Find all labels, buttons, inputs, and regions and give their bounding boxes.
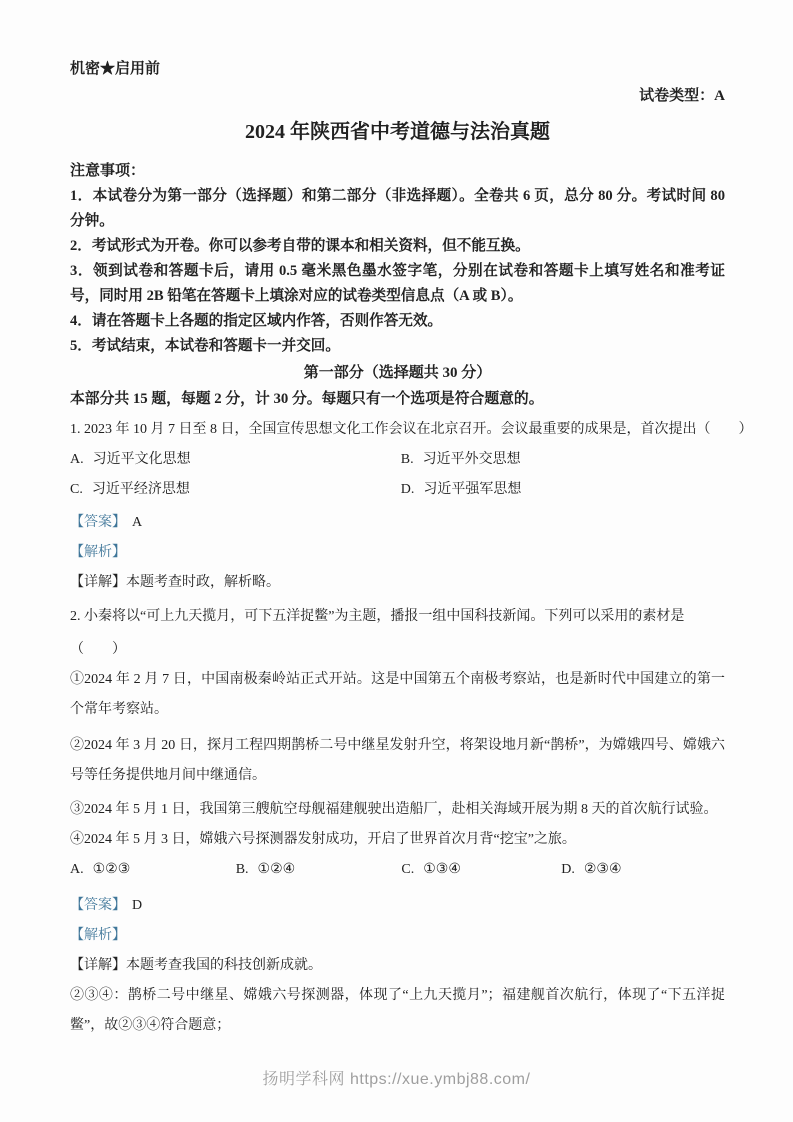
option-d-text: 习近平强军思想 xyxy=(423,482,521,497)
option-a-label: A. xyxy=(70,452,84,467)
question-2-option-d: D.②③④ xyxy=(561,855,725,885)
question-2-item-1: ①2024 年 2 月 7 日，中国南极秦岭站正式开站。这是中国第五个南极考察站… xyxy=(70,665,725,725)
question-2-explanation: ②③④：鹊桥二号中继星、嫦娥六号探测器，体现了“上九天揽月”；福建舰首次航行，体… xyxy=(70,981,725,1041)
question-1-option-b: B.习近平外交思想 xyxy=(401,445,725,475)
answer-value: A xyxy=(132,515,142,530)
option-c-label: C. xyxy=(70,482,83,497)
question-2-item-3: ③2024 年 5 月 1 日，我国第三艘航空母舰福建舰驶出造船厂，赴相关海域开… xyxy=(70,795,725,825)
section-title: 第一部分（选择题共 30 分） xyxy=(70,361,725,386)
question-1-analysis-label: 【解析】 xyxy=(70,538,725,568)
option-c-text: ①③④ xyxy=(423,862,461,877)
option-a-text: 习近平文化思想 xyxy=(93,452,191,467)
question-2-detail: 【详解】本题考查我国的科技创新成就。 xyxy=(70,951,725,981)
question-2-analysis-label: 【解析】 xyxy=(70,921,725,951)
question-1-option-a: A.习近平文化思想 xyxy=(70,445,401,475)
question-2-stem-bracket: （ ） xyxy=(70,635,725,665)
option-b-label: B. xyxy=(236,862,249,877)
exam-paper-page: 机密★启用前 试卷类型：A 2024 年陕西省中考道德与法治真题 注意事项： 1… xyxy=(0,0,793,1122)
notice-block: 注意事项： 1．本试卷分为第一部分（选择题）和第二部分（非选择题）。全卷共 6 … xyxy=(70,159,725,359)
paper-type-label: 试卷类型：A xyxy=(70,85,725,107)
question-2-option-a: A.①②③ xyxy=(70,855,236,885)
option-d-label: D. xyxy=(561,862,575,877)
question-1-stem: 1. 2023 年 10 月 7 日至 8 日，全国宣传思想文化工作会议在北京召… xyxy=(70,415,725,445)
notice-item-3: 3．领到试卷和答题卡后，请用 0.5 毫米黑色墨水签字笔，分别在试卷和答题卡上填… xyxy=(70,259,725,309)
watermark-text: 扬明学科网 https://xue.ymbj88.com/ xyxy=(0,1066,793,1089)
question-2-option-c: C.①③④ xyxy=(401,855,561,885)
option-c-text: 习近平经济思想 xyxy=(92,482,190,497)
question-2: 2. 小秦将以“可上九天揽月，可下五洋捉鳖”为主题，播报一组中国科技新闻。下列可… xyxy=(70,602,725,1041)
option-d-text: ②③④ xyxy=(584,862,622,877)
question-2-options: A.①②③ B.①②④ C.①③④ D.②③④ xyxy=(70,855,725,885)
option-b-label: B. xyxy=(401,452,414,467)
page-title: 2024 年陕西省中考道德与法治真题 xyxy=(70,117,725,147)
notice-item-4: 4．请在答题卡上各题的指定区域内作答，否则作答无效。 xyxy=(70,309,725,334)
notice-item-2: 2．考试形式为开卷。你可以参考自带的课本和相关资料，但不能互换。 xyxy=(70,234,725,259)
notice-item-1: 1．本试卷分为第一部分（选择题）和第二部分（非选择题）。全卷共 6 页，总分 8… xyxy=(70,184,725,234)
question-2-item-4: ④2024 年 5 月 3 日，嫦娥六号探测器发射成功，开启了世界首次月背“挖宝… xyxy=(70,825,725,855)
question-1-answer-row: 【答案】A xyxy=(70,508,725,538)
notice-item-5: 5．考试结束，本试卷和答题卡一并交回。 xyxy=(70,334,725,359)
answer-value: D xyxy=(132,898,142,913)
option-c-label: C. xyxy=(401,862,414,877)
question-1: 1. 2023 年 10 月 7 日至 8 日，全国宣传思想文化工作会议在北京召… xyxy=(70,415,725,598)
question-1-option-d: D.习近平强军思想 xyxy=(401,475,725,505)
answer-label: 【答案】 xyxy=(70,898,126,913)
option-a-label: A. xyxy=(70,862,84,877)
option-b-text: ①②④ xyxy=(258,862,296,877)
option-a-text: ①②③ xyxy=(93,862,131,877)
question-1-option-c: C.习近平经济思想 xyxy=(70,475,401,505)
question-1-options: A.习近平文化思想 B.习近平外交思想 C.习近平经济思想 D.习近平强军思想 xyxy=(70,445,725,505)
question-2-option-b: B.①②④ xyxy=(236,855,402,885)
notice-heading: 注意事项： xyxy=(70,159,725,184)
answer-label: 【答案】 xyxy=(70,515,126,530)
question-1-detail: 【详解】本题考查时政，解析略。 xyxy=(70,568,725,598)
option-d-label: D. xyxy=(401,482,415,497)
question-2-answer-row: 【答案】D xyxy=(70,891,725,921)
option-b-text: 习近平外交思想 xyxy=(423,452,521,467)
page-content: 机密★启用前 试卷类型：A 2024 年陕西省中考道德与法治真题 注意事项： 1… xyxy=(0,0,793,1041)
classification-label: 机密★启用前 xyxy=(70,58,725,80)
question-2-stem: 2. 小秦将以“可上九天揽月，可下五洋捉鳖”为主题，播报一组中国科技新闻。下列可… xyxy=(70,602,725,632)
question-2-item-2: ②2024 年 3 月 20 日，探月工程四期鹊桥二号中继星发射升空，将架设地月… xyxy=(70,731,725,791)
section-intro: 本部分共 15 题，每题 2 分，计 30 分。每题只有一个选项是符合题意的。 xyxy=(70,386,725,412)
